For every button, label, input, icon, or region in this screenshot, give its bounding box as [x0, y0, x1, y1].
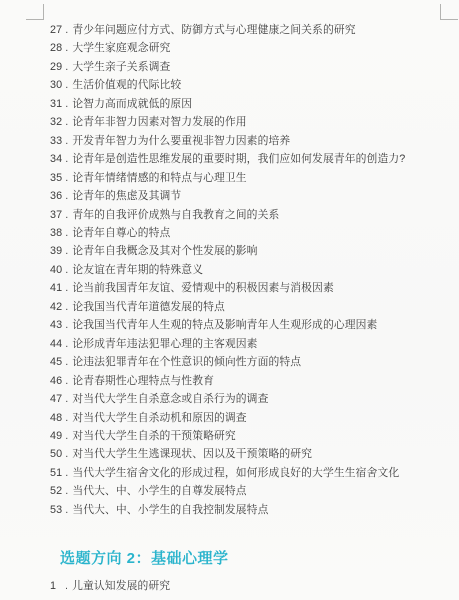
text-boundary-mark-top-right — [440, 4, 458, 20]
topic-text: 对当代大学生生逃课现状、因以及干预策略的研究 — [72, 448, 312, 460]
topic-number: 39 — [50, 242, 62, 260]
topic-separator: . — [62, 467, 72, 479]
topic-list-item: 37.青年的自我评价成熟与自我教育之间的关系 — [50, 206, 455, 224]
topic-separator: . — [62, 338, 72, 350]
topic-number: 41 — [50, 279, 62, 297]
topic-list-item: 51.当代大学生宿舍文化的形成过程，如何形成良好的大学生生宿舍文化 — [50, 464, 455, 482]
topic-list-item: 43.论我国当代青年人生观的特点及影响青年人生观形成的心理因素 — [50, 316, 455, 334]
topic-list-item: 29.大学生亲子关系调查 — [50, 58, 455, 76]
document-page: 27.青少年问题应付方式、防御方式与心理健康之间关系的研究 28.大学生家庭观念… — [0, 0, 459, 600]
topic-list-item: 39.论青年自我概念及其对个性发展的影响 — [50, 242, 455, 260]
topic-number: 33 — [50, 132, 62, 150]
topic-list-item: 32.论青年非智力因素对智力发展的作用 — [50, 113, 455, 131]
topic-separator: . — [62, 209, 72, 221]
topic-list-item: 30.生活价值观的代际比较 — [50, 76, 455, 94]
topic-number: 46 — [50, 372, 62, 390]
topic-separator: . — [62, 190, 72, 202]
topic-separator: . — [62, 245, 72, 257]
topic-text: 儿童认知发展的研究 — [72, 580, 170, 592]
text-boundary-mark-top-left — [26, 4, 44, 20]
topic-number: 36 — [50, 187, 62, 205]
topic-separator: . — [62, 98, 72, 110]
topic-separator: . — [62, 24, 72, 36]
topic-list-item: 48.对当代大学生自杀动机和原因的调查 — [50, 409, 455, 427]
topic-text: 对当代大学生自杀的干预策略研究 — [72, 430, 235, 442]
topic-list-item: 52.当代大、中、小学生的自尊发展特点 — [50, 482, 455, 500]
topic-list-item: 33.开发青年智力为什么要重视非智力因素的培养 — [50, 132, 455, 150]
topic-number: 44 — [50, 335, 62, 353]
topic-text: 论青年自我概念及其对个性发展的影响 — [72, 245, 257, 257]
topic-separator: . — [62, 393, 72, 405]
topic-number: 43 — [50, 316, 62, 334]
topic-text: 开发青年智力为什么要重视非智力因素的培养 — [72, 135, 290, 147]
topic-list-item: 47.对当代大学生自杀意念或自杀行为的调查 — [50, 390, 455, 408]
topic-text: 论我国当代青年人生观的特点及影响青年人生观形成的心理因素 — [72, 319, 377, 331]
topic-list-item: 35.论青年情绪情感的和特点与心理卫生 — [50, 169, 455, 187]
topic-text: 青少年问题应付方式、防御方式与心理健康之间关系的研究 — [72, 24, 355, 36]
topic-list-item: 46.论青春期性心理特点与性教育 — [50, 372, 455, 390]
topic-separator: . — [62, 172, 72, 184]
topic-text: 论友谊在青年期的特殊意义 — [72, 264, 203, 276]
topic-text: 大学生家庭观念研究 — [72, 42, 170, 54]
topic-list-item: 44.论形成青年违法犯罪心理的主客观因素 — [50, 335, 455, 353]
topic-list-item: 27.青少年问题应付方式、防御方式与心理健康之间关系的研究 — [50, 21, 455, 39]
topic-separator: . — [62, 430, 72, 442]
topic-text: 论当前我国青年友谊、爱情观中的积极因素与消极因素 — [72, 282, 334, 294]
topic-separator: . — [62, 42, 72, 54]
topic-number: 28 — [50, 39, 62, 57]
topic-text: 论青年是创造性思维发展的重要时期，我们应如何发展青年的创造力? — [72, 153, 405, 165]
topic-text: 论智力高而成就低的原因 — [72, 98, 192, 110]
topic-list-item: 42.论我国当代青年道德发展的特点 — [50, 298, 455, 316]
topic-number: 37 — [50, 206, 62, 224]
topic-text: 对当代大学生自杀动机和原因的调查 — [72, 412, 246, 424]
topic-text: 论形成青年违法犯罪心理的主客观因素 — [72, 338, 257, 350]
topic-number: 48 — [50, 409, 62, 427]
topic-list-item: 36.论青年的焦虑及其调节 — [50, 187, 455, 205]
topic-text: 当代大学生宿舍文化的形成过程，如何形成良好的大学生生宿舍文化 — [72, 467, 399, 479]
topic-separator: . — [62, 301, 72, 313]
topic-text: 论我国当代青年道德发展的特点 — [72, 301, 225, 313]
topic-text: 论青年的焦虑及其调节 — [72, 190, 181, 202]
topic-number: 35 — [50, 169, 62, 187]
topic-separator: . — [62, 116, 72, 128]
topic-separator: . — [62, 153, 72, 165]
topic-separator: . — [62, 282, 72, 294]
topic-separator: . — [62, 61, 72, 73]
topic-separator: . — [62, 412, 72, 424]
topic-number: 45 — [50, 353, 62, 371]
topic-number: 1 — [50, 577, 62, 595]
topic-number: 29 — [50, 58, 62, 76]
topic-separator: . — [62, 504, 72, 516]
topic-list-item: 49.对当代大学生自杀的干预策略研究 — [50, 427, 455, 445]
topic-list-item: 1.儿童认知发展的研究 — [50, 577, 455, 595]
topic-list-item: 50.对当代大学生生逃课现状、因以及干预策略的研究 — [50, 445, 455, 463]
topic-text: 生活价值观的代际比较 — [72, 79, 181, 91]
topic-list-item: 34.论青年是创造性思维发展的重要时期，我们应如何发展青年的创造力? — [50, 150, 455, 168]
topic-list-item: 53.当代大、中、小学生的自我控制发展特点 — [50, 501, 455, 519]
topic-separator: . — [62, 135, 72, 147]
topic-text: 论违法犯罪青年在个性意识的倾向性方面的特点 — [72, 356, 301, 368]
topic-text: 论青年非智力因素对智力发展的作用 — [72, 116, 246, 128]
topic-text: 当代大、中、小学生的自我控制发展特点 — [72, 504, 268, 516]
topic-list-item: 31.论智力高而成就低的原因 — [50, 95, 455, 113]
topic-separator: . — [62, 264, 72, 276]
topic-list-item: 45.论违法犯罪青年在个性意识的倾向性方面的特点 — [50, 353, 455, 371]
topic-list-section2: 1.儿童认知发展的研究 — [50, 577, 455, 595]
section2-heading: 选题方向 2：基础心理学 — [60, 547, 229, 568]
topic-separator: . — [62, 319, 72, 331]
topic-number: 47 — [50, 390, 62, 408]
topic-number: 53 — [50, 501, 62, 519]
topic-number: 51 — [50, 464, 62, 482]
topic-number: 31 — [50, 95, 62, 113]
topic-list-item: 41.论当前我国青年友谊、爱情观中的积极因素与消极因素 — [50, 279, 455, 297]
topic-text: 论青年自尊心的特点 — [72, 227, 170, 239]
topic-number: 30 — [50, 76, 62, 94]
topic-number: 34 — [50, 150, 62, 168]
topic-separator: . — [62, 375, 72, 387]
topic-number: 32 — [50, 113, 62, 131]
topic-list-item: 38.论青年自尊心的特点 — [50, 224, 455, 242]
topic-text: 大学生亲子关系调查 — [72, 61, 170, 73]
topic-number: 38 — [50, 224, 62, 242]
topic-separator: . — [62, 485, 72, 497]
topic-list-item: 28.大学生家庭观念研究 — [50, 39, 455, 57]
topic-number: 27 — [50, 21, 62, 39]
topic-separator: . — [62, 580, 72, 592]
topic-number: 49 — [50, 427, 62, 445]
topic-number: 40 — [50, 261, 62, 279]
topic-text: 青年的自我评价成熟与自我教育之间的关系 — [72, 209, 279, 221]
topic-number: 42 — [50, 298, 62, 316]
topic-separator: . — [62, 227, 72, 239]
topic-separator: . — [62, 448, 72, 460]
topic-text: 论青年情绪情感的和特点与心理卫生 — [72, 172, 246, 184]
topic-text: 当代大、中、小学生的自尊发展特点 — [72, 485, 246, 497]
topic-text: 对当代大学生自杀意念或自杀行为的调查 — [72, 393, 268, 405]
topic-list-section1: 27.青少年问题应付方式、防御方式与心理健康之间关系的研究 28.大学生家庭观念… — [50, 21, 455, 519]
topic-separator: . — [62, 356, 72, 368]
topic-text: 论青春期性心理特点与性教育 — [72, 375, 214, 387]
topic-list-item: 40.论友谊在青年期的特殊意义 — [50, 261, 455, 279]
topic-number: 50 — [50, 445, 62, 463]
topic-number: 52 — [50, 482, 62, 500]
topic-separator: . — [62, 79, 72, 91]
